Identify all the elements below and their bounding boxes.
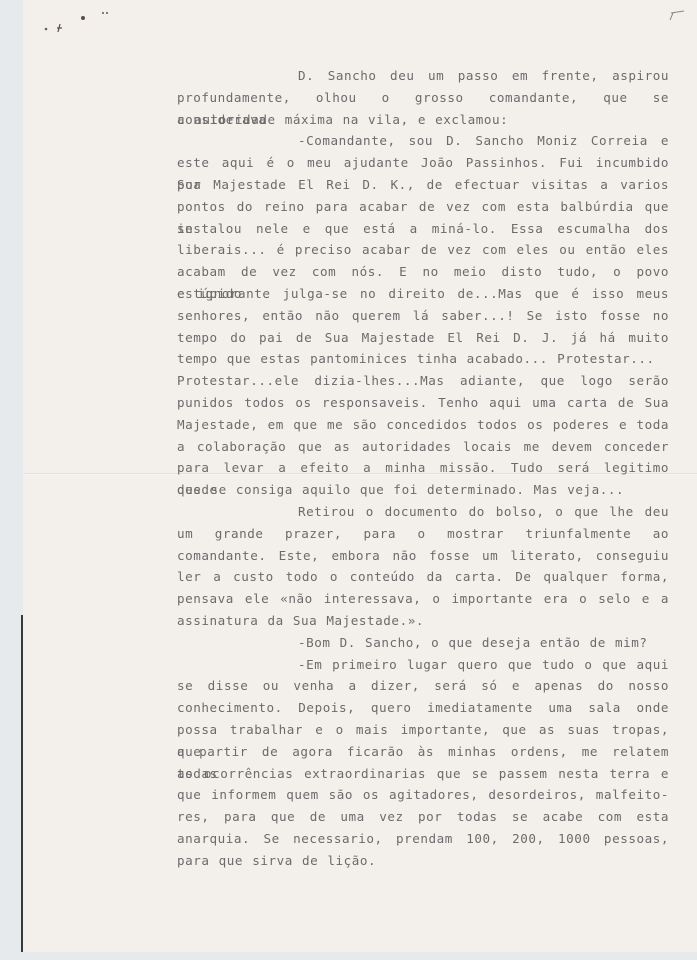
text-line: conhecimento. Depois, quero imediatament… [177,697,669,719]
text-line: as ocorrências extraordinarias que se pa… [177,763,669,785]
text-line: e ignorante julga-se no direito de...Mas… [177,283,669,305]
text-line: para levar a efeito a minha missão. Tudo… [177,457,669,479]
text-line: ler a custo todo o conteúdo da carta. De… [177,566,669,588]
text-line: possa trabalhar e o mais importante, que… [177,719,669,741]
text-line: res, para que de uma vez por todas se ac… [177,806,669,828]
text-line: para que sirva de lição. [177,850,669,872]
text-line: senhores, então não querem lá saber...! … [177,305,669,327]
ink-spots-icon [44,10,114,35]
text-line: este aqui é o meu ajudante João Passinho… [177,152,669,174]
text-line: assinatura da Sua Majestade.». [177,610,669,632]
text-line: pontos do reino para acabar de vez com e… [177,196,669,218]
text-line: que informem quem são os agitadores, des… [177,784,669,806]
text-line: a partir de agora ficarão às minhas orde… [177,741,669,763]
text-line: que se consiga aquilo que foi determinad… [177,479,669,501]
text-line: um grande prazer, para o mostrar triunfa… [177,523,669,545]
scan-background-margin [0,0,23,960]
text-line: a autoridade máxima na vila, e exclamou: [177,109,669,131]
scan-background-bottom [0,952,697,960]
text-line: D. Sancho deu um passo em frente, aspiro… [177,65,669,87]
text-line: liberais... é preciso acabar de vez com … [177,239,669,261]
page-edge-shadow [21,615,23,952]
text-line: tempo do pai de Sua Majestade El Rei D. … [177,327,669,349]
text-line: -Em primeiro lugar quero que tudo o que … [177,654,669,676]
text-line: Retirou o documento do bolso, o que lhe … [177,501,669,523]
text-line: acabam de vez com nós. E no meio disto t… [177,261,669,283]
typewritten-text-body: D. Sancho deu um passo em frente, aspiro… [177,65,669,871]
text-line: Majestade, em que me são concedidos todo… [177,414,669,436]
text-line: punidos todos os responsaveis. Tenho aqu… [177,392,669,414]
text-line: tempo que estas pantominices tinha acaba… [177,348,669,370]
handwritten-page-mark-icon [668,8,686,24]
text-line: pensava ele «não interessava, o importan… [177,588,669,610]
text-line: profundamente, olhou o grosso comandante… [177,87,669,109]
text-line: se disse ou venha a dizer, será só e ape… [177,675,669,697]
text-line: Sua Majestade El Rei D. K., de efectuar … [177,174,669,196]
text-line: -Comandante, sou D. Sancho Moniz Correia… [177,130,669,152]
text-line: -Bom D. Sancho, o que deseja então de mi… [177,632,669,654]
text-line: a colaboração que as autoridades locais … [177,436,669,458]
text-line: Protestar...ele dizia-lhes...Mas adiante… [177,370,669,392]
text-line: instalou nele e que está a miná-lo. Essa… [177,218,669,240]
text-line: comandante. Este, embora não fosse um li… [177,545,669,567]
text-line: anarquia. Se necessario, prendam 100, 20… [177,828,669,850]
